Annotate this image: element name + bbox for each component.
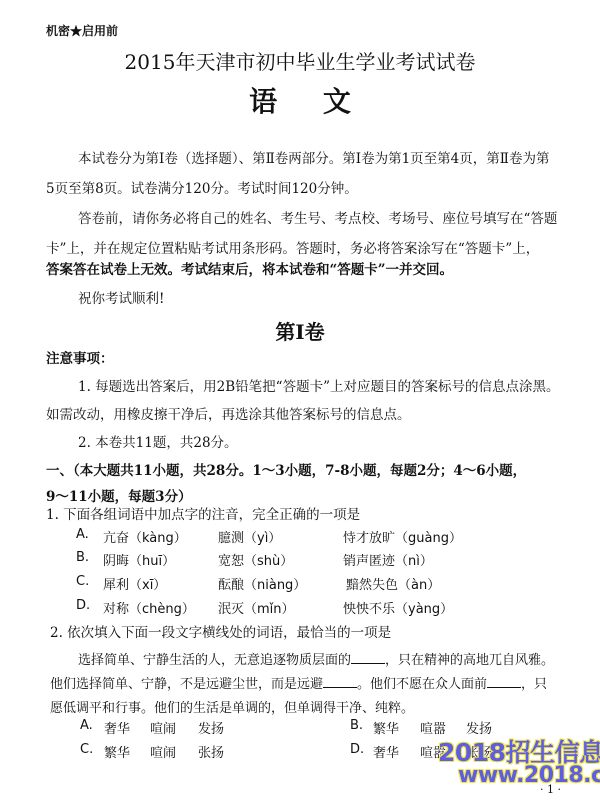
q2-option-a-item2: 喧闹	[150, 718, 176, 737]
q1-option-c-item1: 犀利（xī）	[103, 574, 166, 593]
exam-page: 机密★启用前 2015年天津市初中毕业生学业考试试卷 语 文 本试卷分为第Ⅰ卷（…	[0, 0, 600, 800]
section-heading-line2: 9～11小题，每题3分）	[46, 488, 192, 506]
intro-para2-line1: 答卷前，请你务必将自己的姓名、考生号、考点校、考场号、座位号填写在“答题	[78, 210, 557, 228]
q2-blank-3	[487, 677, 521, 688]
q2-blank-1	[351, 653, 385, 664]
q2-option-c-item2: 喧闹	[150, 742, 176, 761]
intro-para2-line3: 答案答在试卷上无效。考试结束后，将本试卷和“答题卡”一并交回。	[46, 261, 453, 279]
q2-option-b-item1: 繁华	[373, 718, 399, 737]
q2-option-a-item3: 发扬	[198, 718, 224, 737]
intro-para2-line2: 卡”上，并在规定位置粘贴考试用条形码。答题时，务必将答案涂写在“答题卡”上，	[46, 240, 539, 258]
q1-option-d-item1: 对称（chèng）	[103, 598, 195, 617]
q1-option-a-item2: 臆测（yì）	[218, 527, 281, 546]
section-heading-line1: 一、（本大题共11小题，共28分。1～3小题，7-8小题，每题2分；4～6小题，	[46, 462, 526, 480]
q2-option-c-item1: 繁华	[104, 742, 130, 761]
note2: 2. 本卷共11题，共28分。	[78, 434, 238, 452]
q2-passage-line3: 愿低调平和行事。他们的生活是单调的，但单调得干净、纯粹。	[50, 697, 414, 716]
q1-option-b-label: B.	[76, 550, 89, 565]
q2-option-a-label: A.	[80, 718, 93, 733]
q1-option-a-label: A.	[76, 527, 89, 542]
question-1-stem: 1. 下面各组词语中加点字的注音，完全正确的一项是	[46, 506, 360, 524]
intro-para1-line2: 5页至第8页。试卷满分120分。考试时间120分钟。	[46, 180, 358, 198]
q2-option-a-item1: 奢华	[104, 718, 130, 737]
watermark-url: www.2018.cn	[458, 763, 600, 788]
q2-passage-line1-b: ，只在精神的高地兀自风雅。	[385, 653, 554, 668]
q1-option-b-item3: 销声匿迹（nì）	[343, 550, 433, 569]
exam-title: 2015年天津市初中毕业生学业考试试卷	[0, 46, 600, 75]
q1-option-c-item3: 黯然失色（àn）	[346, 574, 440, 593]
q1-option-b-item2: 宽恕（shù）	[218, 550, 293, 569]
q2-blank-2	[323, 677, 357, 688]
q2-option-d-item1: 奢华	[373, 742, 399, 761]
q2-passage-line1-a: 选择简单、宁静生活的人，无意追逐物质层面的	[78, 653, 351, 668]
q2-passage-line2: 他们选择简单、宁静，不是远避尘世，而是远避。他们不愿在众人面前，只	[50, 673, 547, 692]
q1-option-d-label: D.	[76, 598, 90, 613]
q1-option-b-item1: 阴晦（huī）	[103, 550, 175, 569]
subject-title: 语 文	[0, 80, 600, 120]
q2-option-d-label: D.	[350, 742, 364, 757]
q1-option-d-item2: 泯灭（mǐn）	[218, 598, 295, 617]
part1-title: 第Ⅰ卷	[0, 316, 600, 345]
q2-passage-line1: 选择简单、宁静生活的人，无意追逐物质层面的，只在精神的高地兀自风雅。	[78, 649, 554, 668]
notes-heading: 注意事项：	[46, 350, 114, 368]
q2-option-c-item3: 张扬	[198, 742, 224, 761]
note1-line1: 1. 每题选出答案后，用2B铅笔把“答题卡”上对应题目的答案标号的信息点涂黑。	[78, 378, 559, 396]
q2-passage-line2-b: 。他们不愿在众人面前	[357, 677, 487, 692]
q1-option-d-item3: 怏怏不乐（yàng）	[343, 598, 453, 617]
q2-option-b-label: B.	[350, 718, 363, 733]
q2-option-c-label: C.	[80, 742, 93, 757]
intro-para1-line1: 本试卷分为第Ⅰ卷（选择题）、第Ⅱ卷两部分。第Ⅰ卷为第1页至第4页，第Ⅱ卷为第	[78, 150, 549, 168]
q1-option-a-item1: 亢奋（kàng）	[103, 527, 187, 546]
q1-option-a-item3: 恃才放旷（guàng）	[343, 527, 462, 546]
intro-wish: 祝你考试顺利!	[78, 290, 164, 308]
q1-option-c-item2: 酝酿（niàng）	[218, 574, 306, 593]
question-2-stem: 2. 依次填入下面一段文字横线处的词语，最恰当的一项是	[50, 624, 391, 642]
q2-passage-line2-a: 他们选择简单、宁静，不是远避尘世，而是远避	[50, 677, 323, 692]
q2-passage-line2-c: ，只	[521, 677, 547, 692]
note1-line2: 如需改动，用橡皮擦干净后，再选涂其他答案标号的信息点。	[46, 406, 411, 424]
page-number: · 1 ·	[540, 783, 561, 796]
secret-mark: 机密★启用前	[46, 22, 118, 39]
q1-option-c-label: C.	[76, 574, 89, 589]
